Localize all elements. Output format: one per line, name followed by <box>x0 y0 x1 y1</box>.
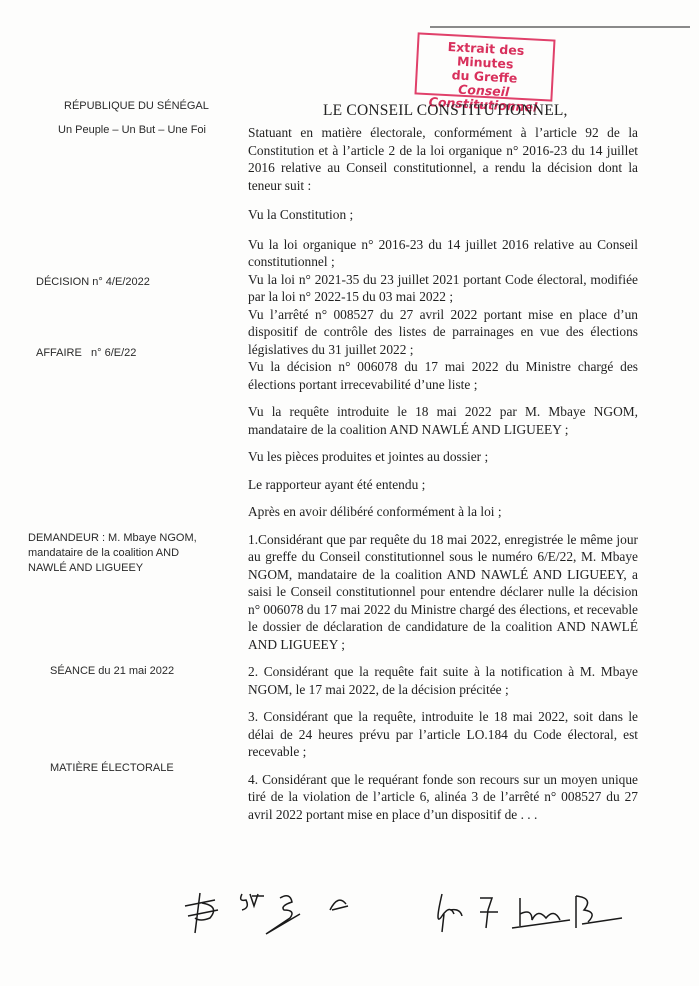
vu-loi-organique: Vu la loi organique n° 2016-23 du 14 jui… <box>248 236 638 271</box>
top-rule <box>430 26 690 28</box>
demandeur-block: DEMANDEUR : M. Mbaye NGOM, mandataire de… <box>28 531 197 576</box>
demandeur-line-1: DEMANDEUR : M. Mbaye NGOM, <box>28 531 197 546</box>
considerant-4: 4. Considérant que le requérant fonde so… <box>248 771 638 824</box>
page-title: LE CONSEIL CONSTITUTIONNEL, <box>323 102 568 120</box>
signature-5-icon <box>438 894 462 932</box>
intro-paragraph: Statuant en matière électorale, conformé… <box>248 124 638 194</box>
signature-3-icon <box>266 896 300 934</box>
vu-arrete: Vu l’arrêté n° 008527 du 27 avril 2022 p… <box>248 306 638 359</box>
matiere-label: MATIÈRE ÉLECTORALE <box>50 762 174 774</box>
vu-pieces: Vu les pièces produites et jointes au do… <box>248 448 638 466</box>
considerant-2: 2. Considérant que la requête fait suite… <box>248 663 638 698</box>
seance-date: SÉANCE du 21 mai 2022 <box>50 665 174 677</box>
considerant-3: 3. Considérant que la requête, introduit… <box>248 708 638 761</box>
national-motto: Un Peuple – Un But – Une Foi <box>58 124 206 136</box>
signatures <box>180 888 640 948</box>
vu-code-electoral: Vu la loi n° 2021-35 du 23 juillet 2021 … <box>248 271 638 306</box>
signature-6-icon <box>480 898 498 928</box>
vu-decision: Vu la décision n° 006078 du 17 mai 2022 … <box>248 358 638 393</box>
vu-constitution: Vu la Constitution ; <box>248 206 638 224</box>
signature-4-icon <box>330 900 348 910</box>
signature-7-icon <box>512 898 570 928</box>
demandeur-line-2: mandataire de la coalition AND <box>28 546 197 561</box>
country-name: RÉPUBLIQUE DU SÉNÉGAL <box>64 100 209 112</box>
document-body: Statuant en matière électorale, conformé… <box>248 124 638 823</box>
signature-2-icon <box>241 894 264 910</box>
vu-requete: Vu la requête introduite le 18 mai 2022 … <box>248 403 638 438</box>
delibere: Après en avoir délibéré conformément à l… <box>248 503 638 521</box>
signature-1-icon <box>185 893 218 933</box>
decision-number: DÉCISION n° 4/E/2022 <box>36 276 150 288</box>
greffe-stamp: Extrait des Minutes du Greffe Conseil Co… <box>414 32 555 101</box>
considerant-1: 1.Considérant que par requête du 18 mai … <box>248 531 638 654</box>
affaire-number: AFFAIRE n° 6/E/22 <box>36 347 136 359</box>
demandeur-line-3: NAWLÉ AND LIGUEEY <box>28 561 197 576</box>
rapporteur: Le rapporteur ayant été entendu ; <box>248 476 638 494</box>
signature-8-icon <box>576 896 622 928</box>
